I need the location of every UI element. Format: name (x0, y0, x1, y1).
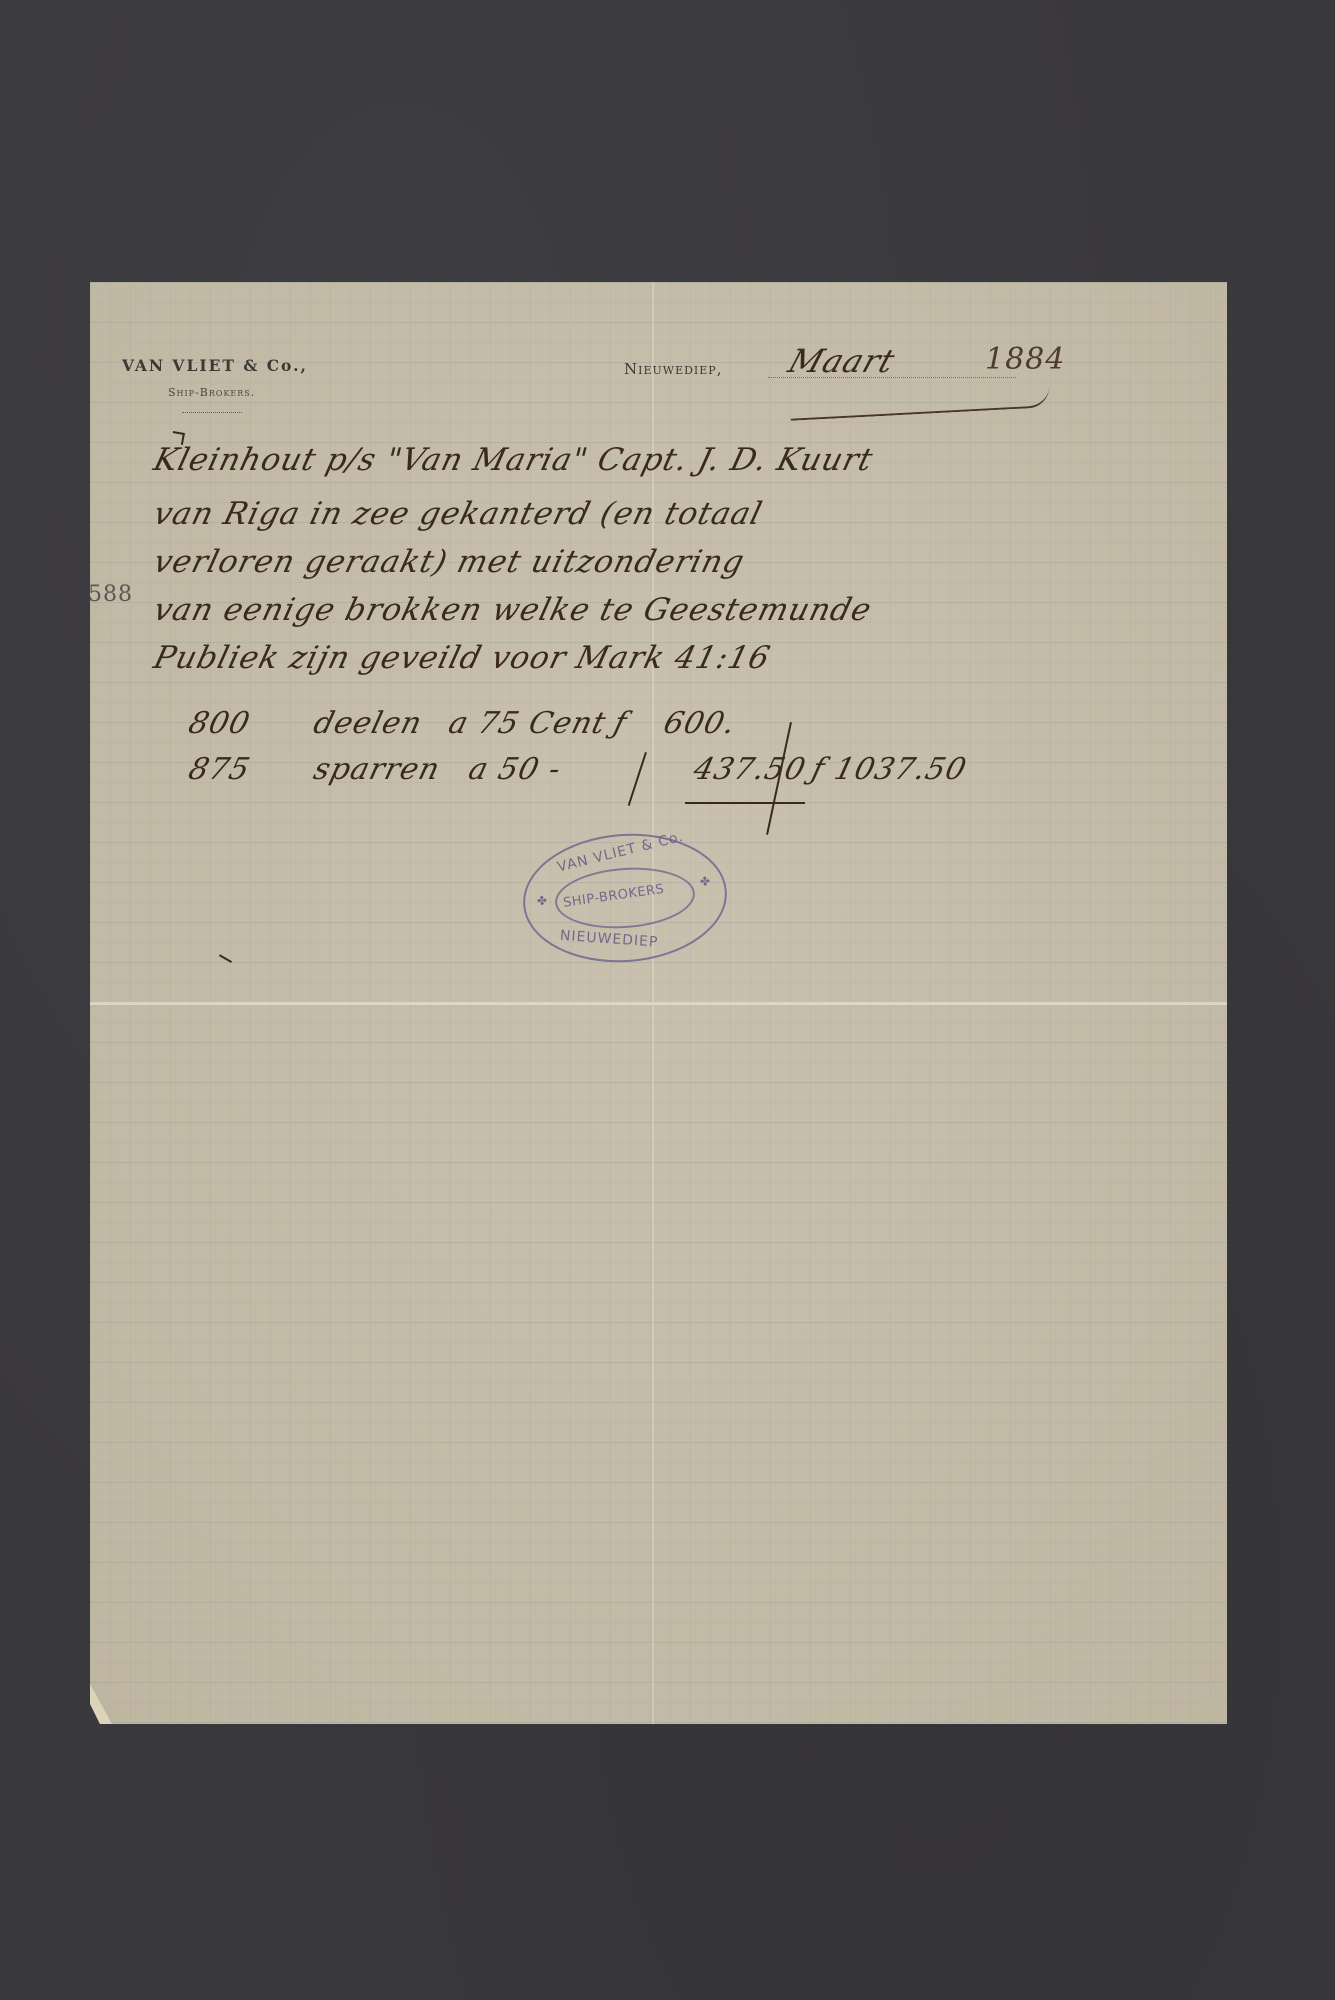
subtotal-underline (685, 802, 805, 804)
body-line-5: Publiek zijn geveild voor Mark 41:16 (150, 640, 774, 676)
letterhead-rule (182, 412, 242, 413)
letterhead-place: Nieuwediep, (624, 360, 722, 378)
calc-item: deelen (310, 706, 426, 741)
company-stamp: VAN VLIET & Co. SHIP-BROKERS NIEUWEDIEP … (519, 827, 731, 969)
margin-note: 588 (88, 582, 133, 607)
calc-rate: a 50 - (465, 752, 565, 787)
calc-quantity: 875 (185, 752, 254, 787)
body-line-3: verloren geraakt) met uitzondering (150, 544, 748, 580)
calc-item: sparren (310, 752, 444, 787)
calc-amount: 600. (660, 706, 740, 741)
body-line-4: van eenige brokken welke te Geestemunde (150, 592, 876, 628)
calc-total: ƒ 1037.50 (808, 752, 970, 787)
calc-rate: a 75 Cent (445, 706, 610, 741)
letter-sheet: VAN VLIET & Co., Ship-Brokers. Nieuwedie… (90, 282, 1227, 1724)
ornament-icon: ✤ (699, 874, 710, 889)
calc-amount: 437.50 (690, 752, 810, 787)
guilder-sign: ƒ (610, 706, 631, 741)
letterhead-subtitle: Ship-Brokers. (168, 386, 255, 399)
ornament-icon: ✤ (537, 893, 548, 908)
stamp-place: NIEUWEDIEP (559, 928, 658, 951)
calc-quantity: 800 (185, 706, 254, 741)
month-flourish (790, 385, 1051, 421)
handwritten-month: Maart (784, 342, 900, 380)
horizontal-fold-line (90, 1002, 1227, 1005)
ink-mark (219, 949, 235, 963)
handwritten-year: 1884 (985, 342, 1065, 377)
body-line-1: Kleinhout p/s "Van Maria" Capt. J. D. Ku… (150, 442, 877, 478)
letterhead-company-name: VAN VLIET & Co., (122, 356, 308, 375)
body-line-2: van Riga in zee gekanterd (en totaal (150, 496, 766, 532)
guilder-stroke (628, 752, 647, 806)
